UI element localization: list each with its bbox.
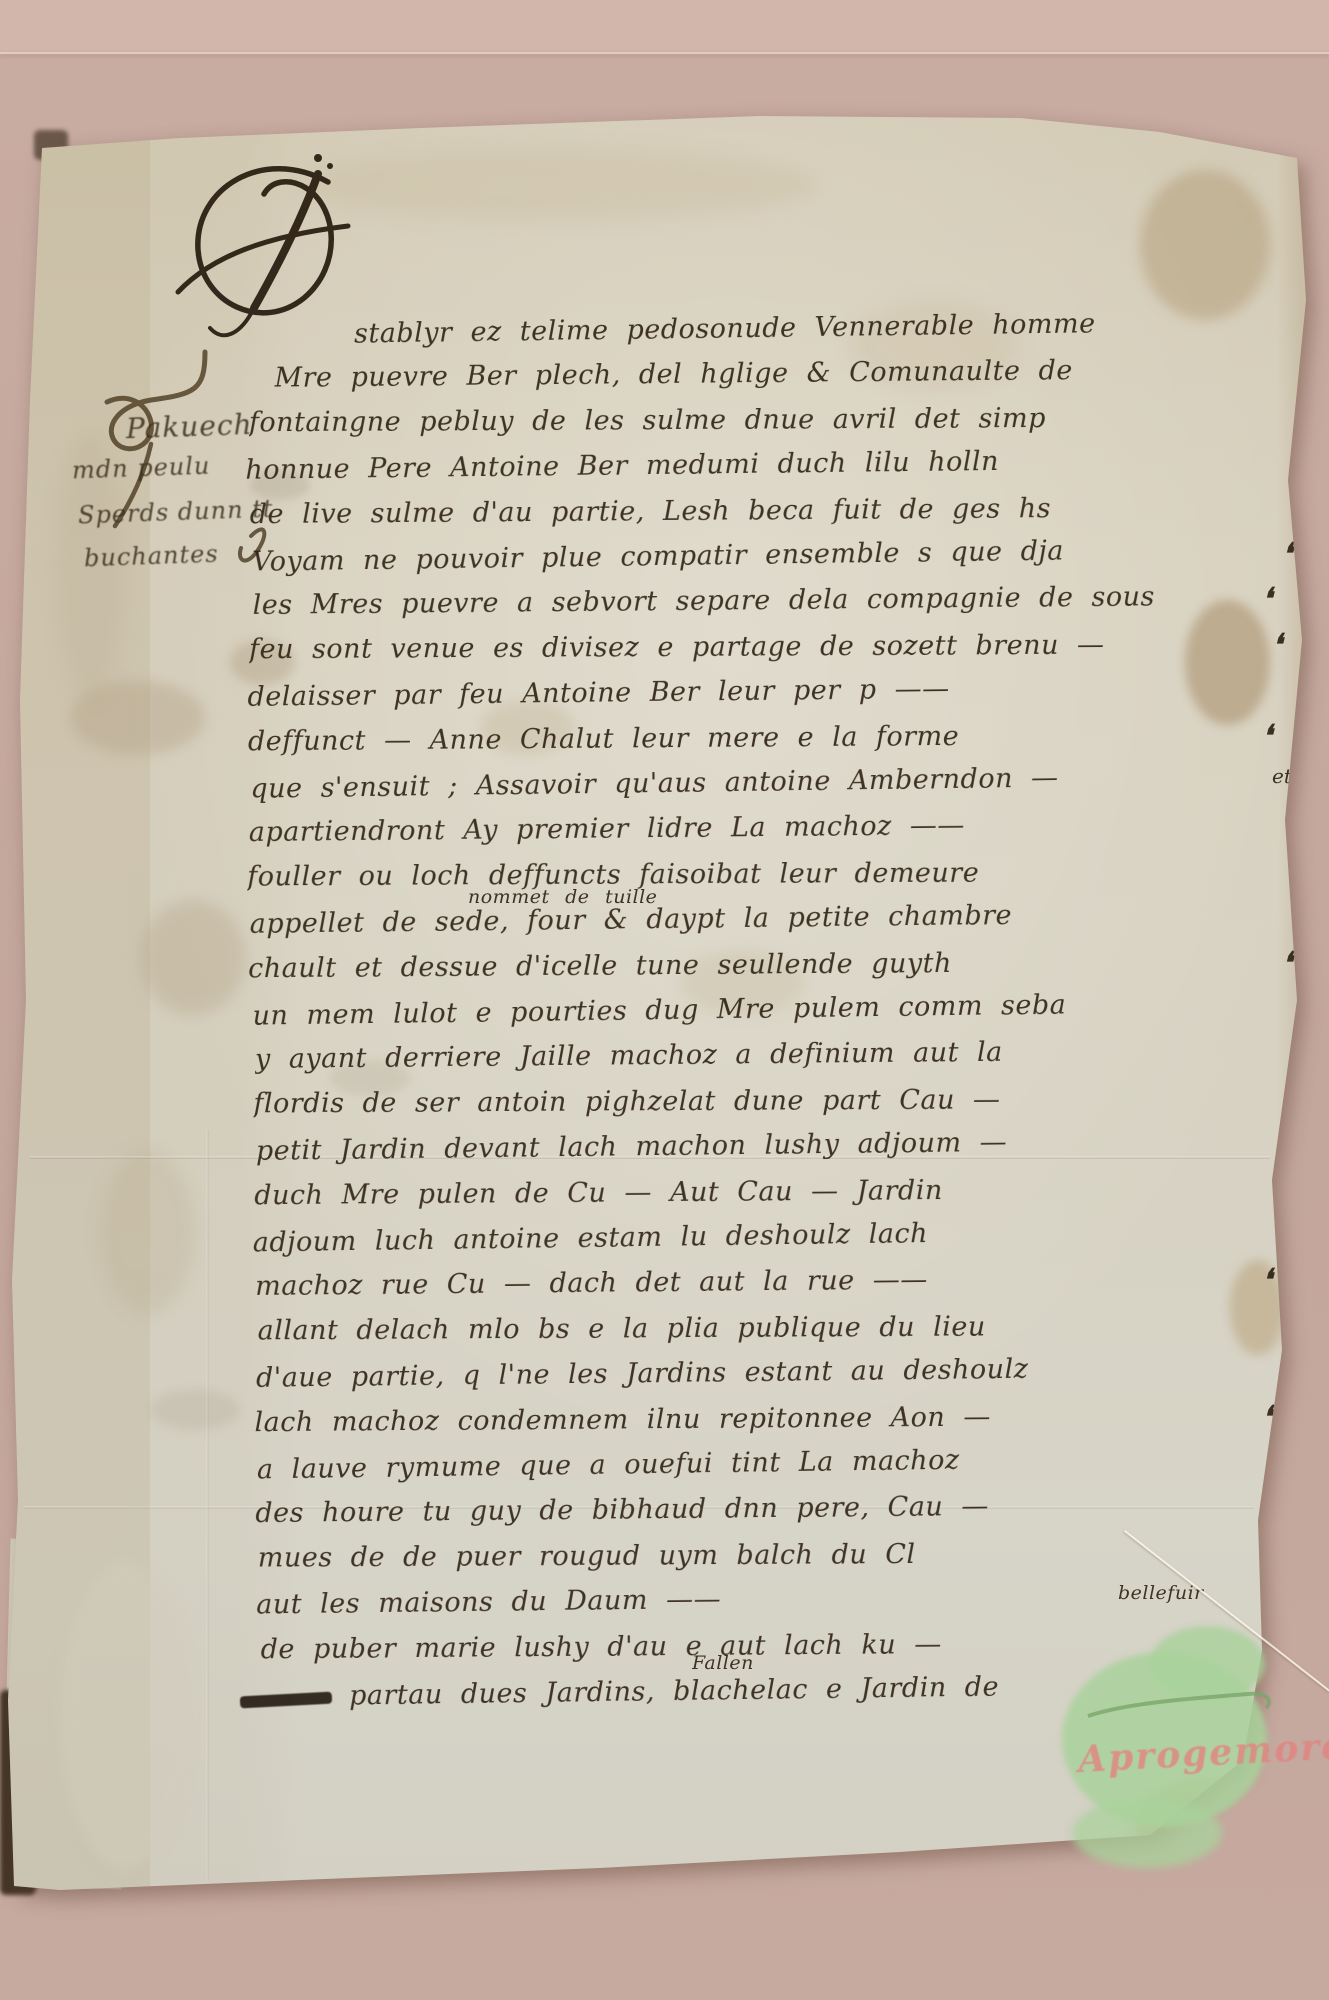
handwriting-line: lach machoz condemnem ilnu repitonnee Ao…	[254, 1401, 991, 1438]
interlinear-note: bellefuir	[1118, 1582, 1204, 1604]
margin-note-line: buchantes	[84, 540, 220, 573]
margin-note-line: mdn peulu	[72, 452, 211, 485]
line-end-flourish: ❛	[1282, 537, 1292, 572]
handwriting-line: mues de de puer rougud uym balch du Cl	[258, 1539, 916, 1574]
handwriting-line: adjoum luch antoine estam lu deshoulz la…	[253, 1218, 929, 1258]
line-end-flourish: ❛	[1262, 582, 1272, 617]
handwriting-line: feu sont venue es divisez e partage de s…	[249, 629, 1105, 665]
margin-note-line: Pakuech	[125, 408, 253, 445]
handwriting-line: allant delach mlo bs e la plia publique …	[258, 1311, 986, 1346]
line-end-flourish: ❛	[1272, 628, 1282, 663]
handwriting-line: des houre tu guy de bibhaud dnn pere, Ca…	[255, 1491, 989, 1529]
handwriting-line: aut les maisons du Daum ——	[256, 1584, 721, 1620]
handwriting-line: delaisser par feu Antoine Ber leur per p…	[247, 674, 949, 713]
handwriting-line: de live sulme d'au partie, Lesh beca fui…	[250, 493, 1051, 530]
handwriting-line: de puber marie lushy d'au e aut lach ku …	[261, 1629, 942, 1665]
handwriting-line: les Mres puevre a sebvort separe dela co…	[252, 582, 1154, 622]
handwriting-line: que s'ensuit ; Assavoir qu'aus antoine A…	[250, 762, 1059, 804]
handwriting-line: machoz rue Cu — dach det aut la rue ——	[255, 1265, 928, 1302]
handwriting-line: honnue Pere Antoine Ber medumi duch lilu…	[245, 446, 999, 486]
line-end-flourish: ❛	[1262, 719, 1272, 754]
handwriting-line: duch Mre pulen de Cu — Aut Cau — Jardin	[254, 1175, 943, 1211]
handwriting-line: fontaingne pebluy de les sulme dnue avri…	[249, 403, 1046, 438]
line-end-flourish: et	[1272, 764, 1292, 788]
handwriting-line: petit Jardin devant lach machon lushy ad…	[256, 1127, 1008, 1167]
handwriting-line: a lauve rymume que a ouefui tint La mach…	[257, 1445, 960, 1486]
stamp-ink-blob	[1072, 1798, 1222, 1868]
handwriting-line: Voyam ne pouvoir plue compatir ensemble …	[252, 535, 1064, 577]
handwriting-line: flordis de ser antoin pighzelat dune par…	[253, 1084, 1000, 1119]
handwriting-line: Mre puevre Ber plech, del hglige & Comun…	[274, 355, 1073, 394]
handwriting-line: y ayant derriere Jaille machoz a definiu…	[255, 1037, 1003, 1075]
handwriting-line: un mem lulot e pourties dug Mre pulem co…	[252, 989, 1066, 1031]
line-end-flourish: ❛	[1262, 1263, 1272, 1298]
handwriting-line: apartiendront Ay premier lidre La machoz…	[249, 810, 965, 848]
handwriting-line: deffunct — Anne Chalut leur mere e la fo…	[248, 720, 959, 756]
line-end-flourish: ❛	[1282, 946, 1292, 981]
line-end-flourish: ❛	[1262, 1400, 1272, 1435]
handwriting-line: chault et dessue d'icelle tune seullende…	[248, 948, 952, 984]
line-end-flourish: ❛	[1282, 1354, 1292, 1389]
handwriting-line: partau dues Jardins, blachelac e Jardin …	[349, 1671, 999, 1711]
interlinear-note: nommet de tuille	[468, 886, 657, 908]
line-end-flourish: ❛	[1282, 1490, 1292, 1525]
handwriting-line: stablyr ez telime pedosonude Vennerable …	[354, 308, 1096, 349]
handwriting-line: d'aue partie, q l'ne les Jardins estant …	[256, 1354, 1029, 1394]
line-end-flourish: ❛	[1272, 1173, 1282, 1208]
interlinear-note: Fallen	[692, 1652, 754, 1674]
photo-of-manuscript: stablyr ez telime pedosonude Vennerable …	[0, 0, 1329, 2000]
